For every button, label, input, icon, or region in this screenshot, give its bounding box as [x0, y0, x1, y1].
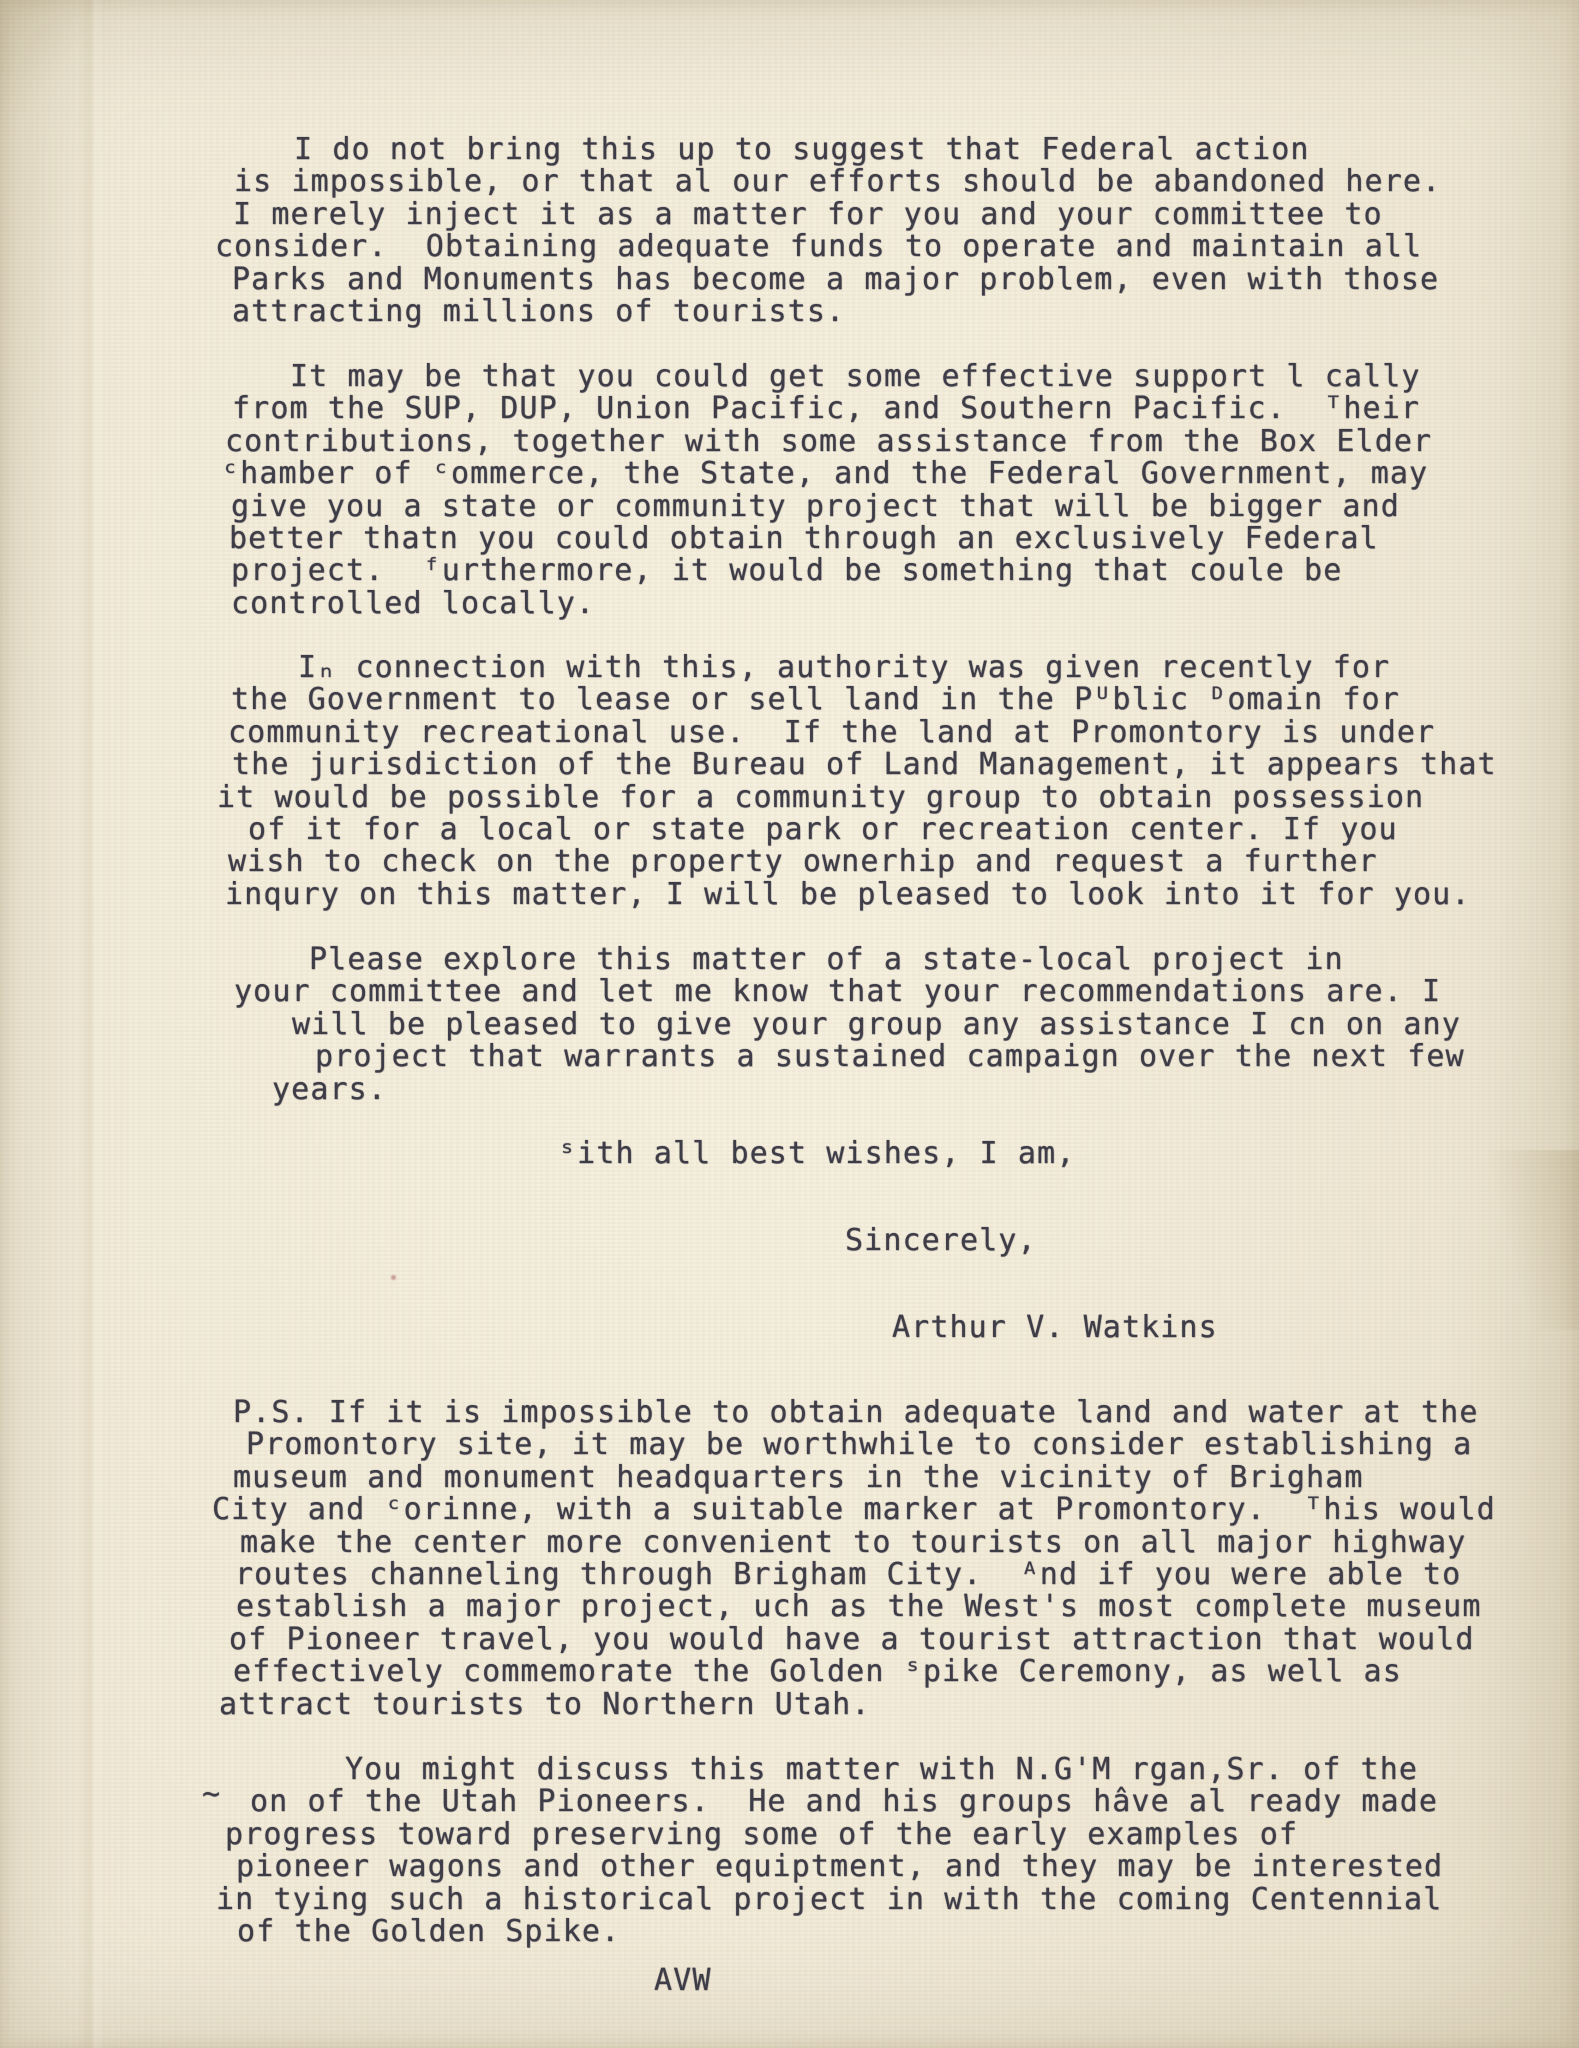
- letter-line: Iₙ connection with this, authority was g…: [298, 652, 1579, 684]
- letter-line: project. ᶠurthermore, it would be someth…: [231, 555, 1579, 587]
- letter-line: attract tourists to Northern Utah.: [219, 1689, 1579, 1721]
- letter-line: Arthur V. Watkins: [892, 1312, 1579, 1344]
- typist-initials: AVW: [0, 1965, 1579, 1997]
- paper-speck: [391, 1275, 396, 1280]
- valediction: ˢith all best wishes, I am,: [0, 1138, 1579, 1170]
- paragraph-4: Please explore this matter of a state-lo…: [0, 944, 1579, 1106]
- letter-line: it would be possible for a community gro…: [217, 782, 1579, 814]
- letter-line: from the SUP, DUP, Union Pacific, and So…: [232, 393, 1579, 425]
- letter-line: better thatn you could obtain through an…: [229, 523, 1579, 555]
- letter-line: City and ᶜorinne, with a suitable marker…: [212, 1494, 1579, 1526]
- letter-line: wish to check on the property ownerhip a…: [228, 846, 1579, 878]
- letter-line: of Pioneer travel, you would have a tour…: [229, 1624, 1579, 1656]
- letter-line: of the Golden Spike.: [237, 1916, 1579, 1948]
- paragraph-3: Iₙ connection with this, authority was g…: [0, 652, 1579, 911]
- letter-line: I do not bring this up to suggest that F…: [294, 134, 1579, 166]
- letter-line: Sincerely,: [845, 1225, 1579, 1257]
- letter-line: pioneer wagons and other equiptment, and…: [236, 1851, 1579, 1883]
- letter-line: routes channeling through Brigham City. …: [235, 1559, 1579, 1591]
- letter-line: will be pleased to give your group any a…: [292, 1009, 1579, 1041]
- letter-line: establish a major project, uch as the We…: [236, 1591, 1579, 1623]
- letter-page: I do not bring this up to suggest that F…: [0, 0, 1579, 2048]
- letter-line: ᶜhamber of ᶜommerce, the State, and the …: [221, 458, 1579, 490]
- letter-line: make the center more convenient to touri…: [240, 1527, 1579, 1559]
- paragraph-2: It may be that you could get some effect…: [0, 361, 1579, 620]
- letter-line: project that warrants a sustained campai…: [315, 1041, 1579, 1073]
- letter-line: of it for a local or state park or recre…: [248, 814, 1579, 846]
- letter-line: the jurisdiction of the Bureau of Land M…: [232, 749, 1579, 781]
- letter-line: museum and monument headquarters in the …: [233, 1462, 1579, 1494]
- letter-line: give you a state or community project th…: [231, 491, 1579, 523]
- letter-line: Parks and Monuments has become a major p…: [232, 264, 1579, 296]
- letter-line: Please explore this matter of a state-lo…: [309, 944, 1579, 976]
- letter-line: community recreational use. If the land …: [228, 717, 1579, 749]
- letter-line: contributions, together with some assist…: [225, 426, 1579, 458]
- letter-line: Promontory site, it may be worthwhile to…: [246, 1429, 1579, 1461]
- letter-line: AVW: [654, 1965, 1579, 1997]
- letter-line: attracting millions of tourists.: [232, 296, 1579, 328]
- closing-sincerely: Sincerely,: [0, 1225, 1579, 1257]
- letter-line: controlled locally.: [231, 588, 1579, 620]
- letter-line: your committee and let me know that your…: [234, 976, 1579, 1008]
- letter-line: inqury on this matter, I will be pleased…: [225, 879, 1579, 911]
- letter-line: in tying such a historical project in wi…: [216, 1884, 1579, 1916]
- signature-name: Arthur V. Watkins: [0, 1312, 1579, 1344]
- letter-line: I merely inject it as a matter for you a…: [233, 199, 1579, 231]
- letter-line: is impossible, or that al our efforts sh…: [234, 166, 1579, 198]
- letter-line: years.: [272, 1074, 1579, 1106]
- letter-line: ~: [202, 1779, 1579, 1811]
- letter-line: progress toward preserving some of the e…: [225, 1819, 1579, 1851]
- letter-line: consider. Obtaining adequate funds to op…: [215, 231, 1579, 263]
- postscript: P.S. If it is impossible to obtain adequ…: [0, 1397, 1579, 1721]
- letter-line: It may be that you could get some effect…: [290, 361, 1579, 393]
- paragraph-1: I do not bring this up to suggest that F…: [0, 134, 1579, 328]
- letter-line: effectively commemorate the Golden ˢpike…: [233, 1656, 1579, 1688]
- letter-line: ˢith all best wishes, I am,: [558, 1138, 1579, 1170]
- letter-line: the Government to lease or sell land in …: [231, 684, 1579, 716]
- letter-line: P.S. If it is impossible to obtain adequ…: [233, 1397, 1579, 1429]
- margin-mark: ~: [0, 1779, 1579, 1811]
